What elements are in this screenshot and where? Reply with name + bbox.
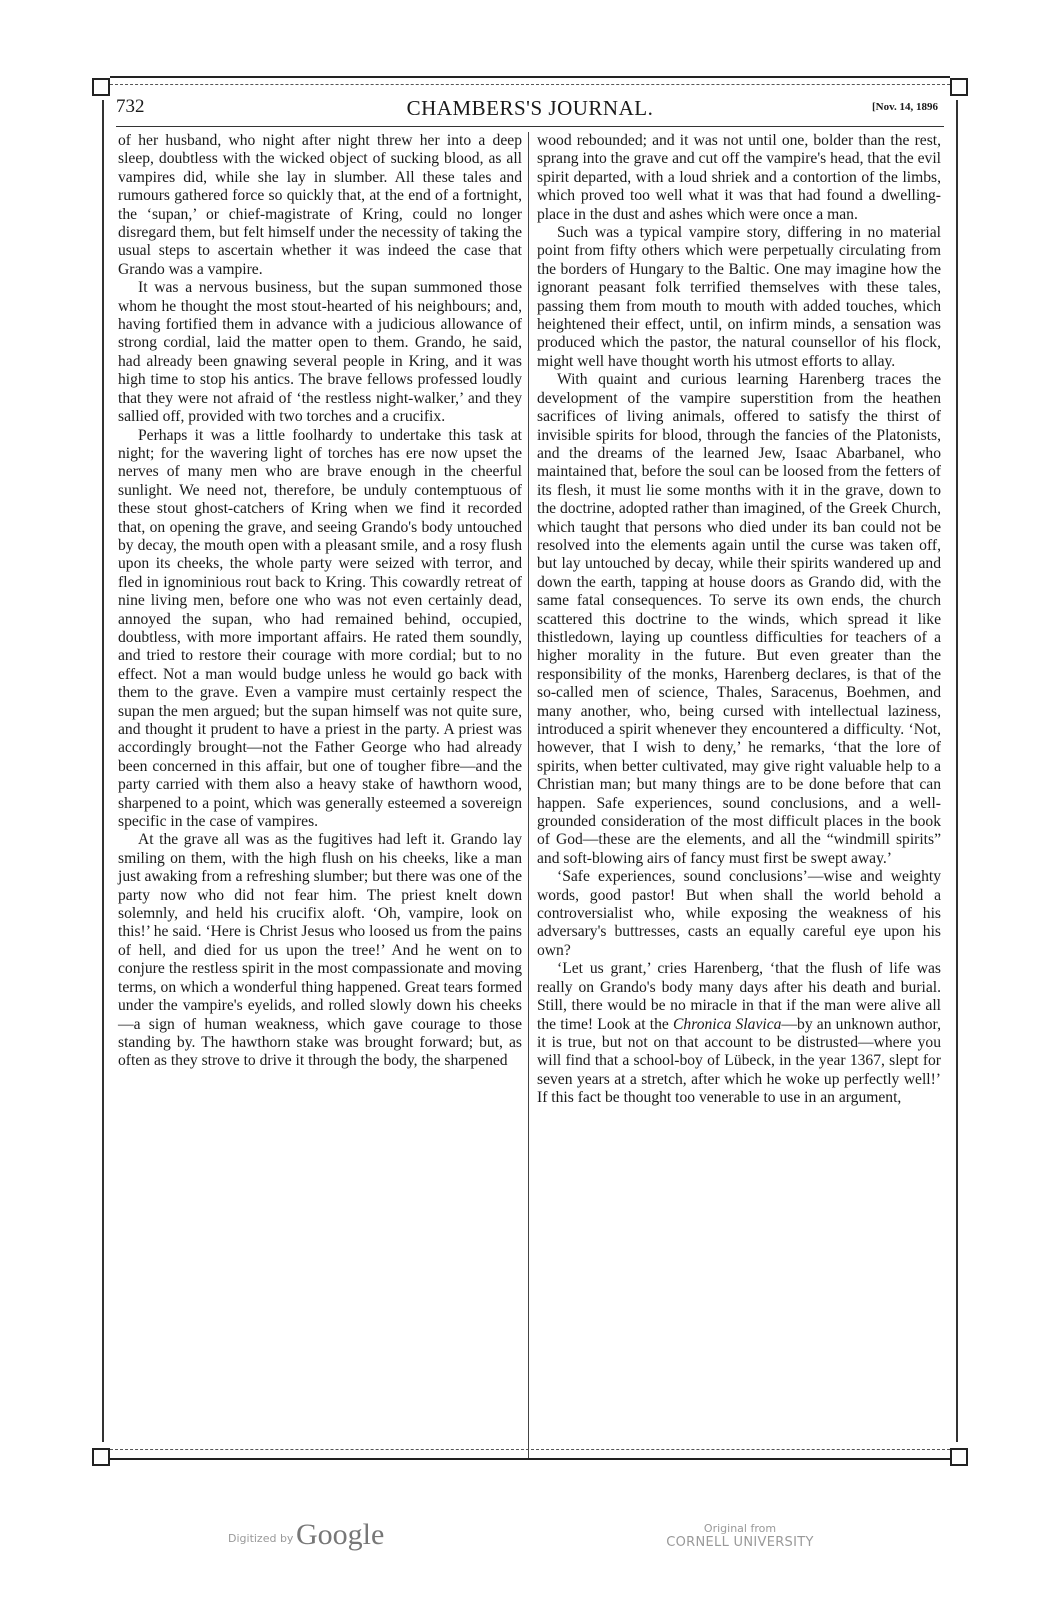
bottom-border-rule xyxy=(110,1458,950,1460)
paragraph: Such was a typical vampire story, differ… xyxy=(537,224,941,371)
left-column: of her husband, who night after night th… xyxy=(118,132,522,1071)
original-from-label: Original from xyxy=(640,1522,840,1535)
corner-ornament-icon xyxy=(950,78,968,96)
running-header: 732 CHAMBERS'S JOURNAL. [Nov. 14, 1896 xyxy=(116,96,944,122)
left-border-rule xyxy=(102,100,104,1442)
paragraph: ‘Safe experiences, sound conclusions’—wi… xyxy=(537,868,941,960)
source-attribution: Original from CORNELL UNIVERSITY xyxy=(640,1522,840,1550)
header-rule xyxy=(116,126,944,127)
issue-date: [Nov. 14, 1896 xyxy=(872,101,938,113)
paragraph: It was a nervous business, but the supan… xyxy=(118,279,522,426)
top-border-rule xyxy=(110,76,950,78)
right-column: wood rebounded; and it was not until one… xyxy=(537,132,941,1108)
book-title-italic: Chronica Slavica xyxy=(673,1016,781,1033)
digitized-by-label: Digitized by xyxy=(228,1532,293,1545)
corner-ornament-icon xyxy=(92,78,110,96)
corner-ornament-icon xyxy=(950,1448,968,1466)
paragraph: of her husband, who night after night th… xyxy=(118,132,522,279)
column-divider xyxy=(528,132,529,1458)
journal-title: CHAMBERS'S JOURNAL. xyxy=(116,96,944,121)
paragraph: ‘Let us grant,’ cries Harenberg, ‘that t… xyxy=(537,960,941,1107)
paragraph: Perhaps it was a little foolhardy to und… xyxy=(118,427,522,832)
bottom-border-dashed-rule xyxy=(110,1449,950,1450)
right-border-rule xyxy=(956,100,958,1442)
google-logo: Google xyxy=(296,1518,384,1552)
corner-ornament-icon xyxy=(92,1448,110,1466)
top-border-dashed-rule xyxy=(110,84,950,85)
paragraph: wood rebounded; and it was not until one… xyxy=(537,132,941,224)
institution-name: CORNELL UNIVERSITY xyxy=(640,1535,840,1550)
page-border-frame: 732 CHAMBERS'S JOURNAL. [Nov. 14, 1896 o… xyxy=(88,72,972,1470)
paragraph: At the grave all was as the fugitives ha… xyxy=(118,831,522,1070)
paragraph: With quaint and curious learning Harenbe… xyxy=(537,371,941,868)
